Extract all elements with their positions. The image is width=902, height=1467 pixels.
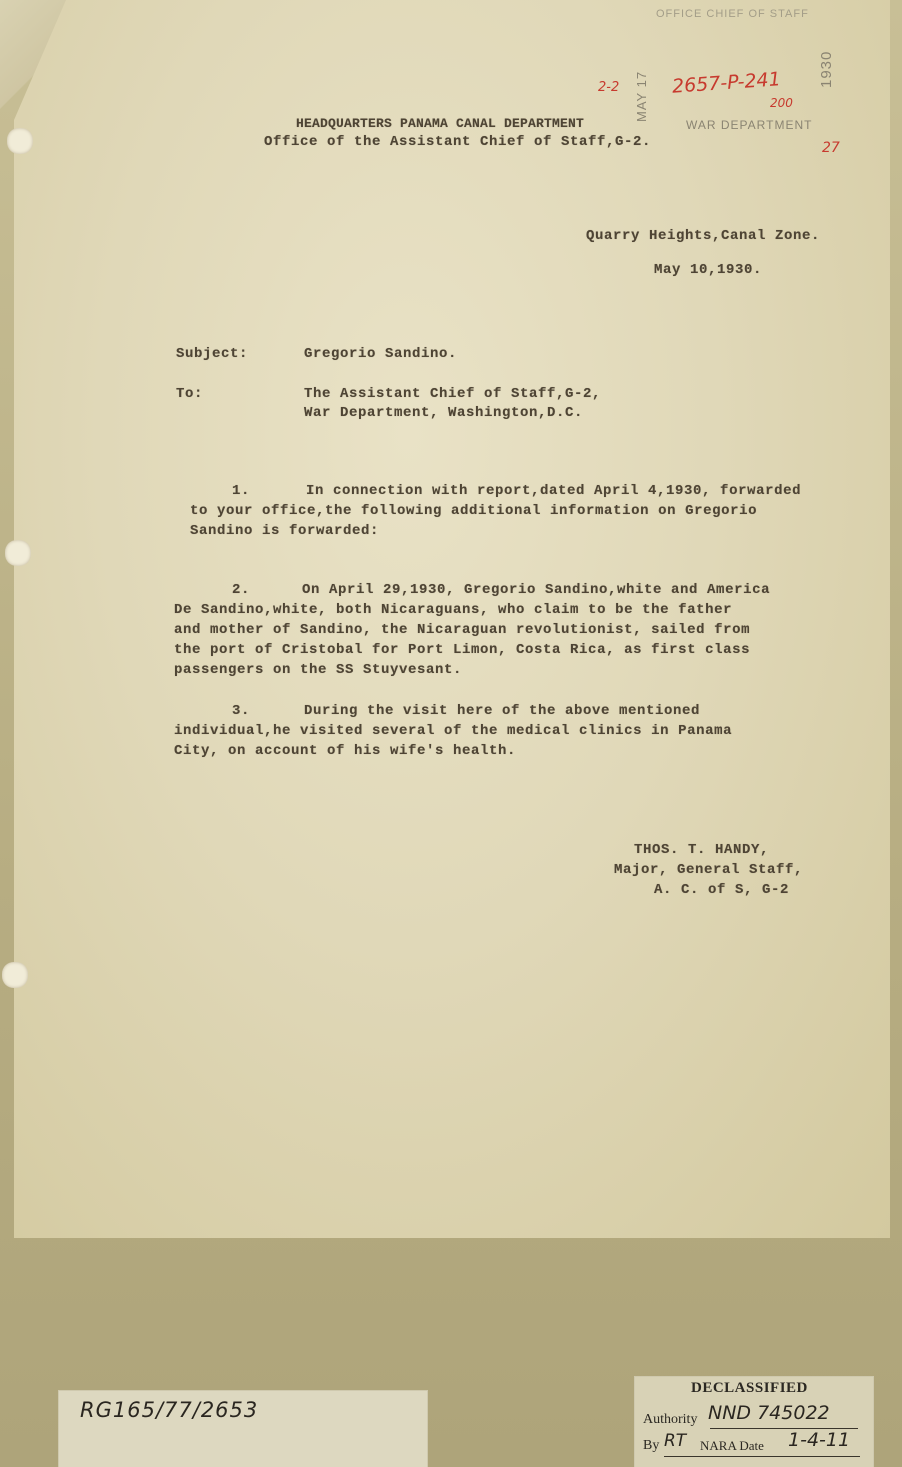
paragraph-1-line-3: Sandino is forwarded: — [190, 521, 379, 542]
paragraph-2-line-1: On April 29,1930, Gregorio Sandino,white… — [302, 580, 770, 601]
declassified-title: DECLASSIFIED — [691, 1380, 808, 1397]
place-line: Quarry Heights,Canal Zone. — [586, 226, 820, 247]
punch-hole-middle — [5, 540, 31, 566]
date-stamp-month-day: MAY 17 — [634, 71, 649, 122]
signature-title: A. C. of S, G-2 — [654, 880, 789, 901]
to-line-2: War Department, Washington,D.C. — [304, 403, 583, 424]
paragraph-2-line-3: and mother of Sandino, the Nicaraguan re… — [174, 620, 750, 641]
paragraph-2-line-4: the port of Cristobal for Port Limon, Co… — [174, 640, 750, 661]
paragraph-3-line-3: City, on account of his wife's health. — [174, 741, 516, 762]
file-suffix-handwritten: 27 — [822, 140, 840, 156]
paragraph-2-line-2: De Sandino,white, both Nicaraguans, who … — [174, 600, 732, 621]
subject-label: Subject: — [176, 344, 248, 365]
record-group-handwritten: RG165/77/2653 — [80, 1398, 258, 1422]
date-line: May 10,1930. — [654, 260, 762, 281]
letterhead-line-2: Office of the Assistant Chief of Staff,G… — [264, 132, 651, 153]
war-department-stamp: WAR DEPARTMENT — [686, 118, 812, 132]
nara-date-value: 1-4-11 — [788, 1429, 850, 1451]
file-sub-handwritten: 200 — [770, 96, 793, 110]
by-initials: RT — [664, 1431, 686, 1451]
date-stamp-year: 1930 — [818, 51, 835, 88]
file-prefix-handwritten: 2-2 — [598, 80, 619, 95]
paragraph-1-line-1: In connection with report,dated April 4,… — [306, 481, 801, 502]
paragraph-3-line-2: individual,he visited several of the med… — [174, 721, 732, 742]
received-stamp-top: OFFICE CHIEF OF STAFF — [656, 8, 809, 20]
authority-value: NND 745022 — [708, 1402, 830, 1424]
punch-hole-top — [7, 128, 33, 154]
by-label: By — [643, 1438, 659, 1454]
paragraph-1-number: 1. — [232, 481, 250, 502]
to-line-1: The Assistant Chief of Staff,G-2, — [304, 384, 601, 405]
by-date-underline — [664, 1456, 860, 1457]
to-label: To: — [176, 384, 203, 405]
punch-hole-bottom — [2, 962, 28, 988]
authority-label: Authority — [643, 1412, 697, 1428]
nara-date-label: NARA Date — [700, 1438, 764, 1454]
paragraph-3-number: 3. — [232, 701, 250, 722]
paragraph-1-line-2: to your office,the following additional … — [190, 501, 757, 522]
paragraph-2-number: 2. — [232, 580, 250, 601]
paragraph-3-line-1: During the visit here of the above menti… — [304, 701, 700, 722]
paragraph-2-line-5: passengers on the SS Stuyvesant. — [174, 660, 462, 681]
subject-value: Gregorio Sandino. — [304, 344, 457, 365]
signature-rank: Major, General Staff, — [614, 860, 803, 881]
signature-name: THOS. T. HANDY, — [634, 840, 769, 861]
